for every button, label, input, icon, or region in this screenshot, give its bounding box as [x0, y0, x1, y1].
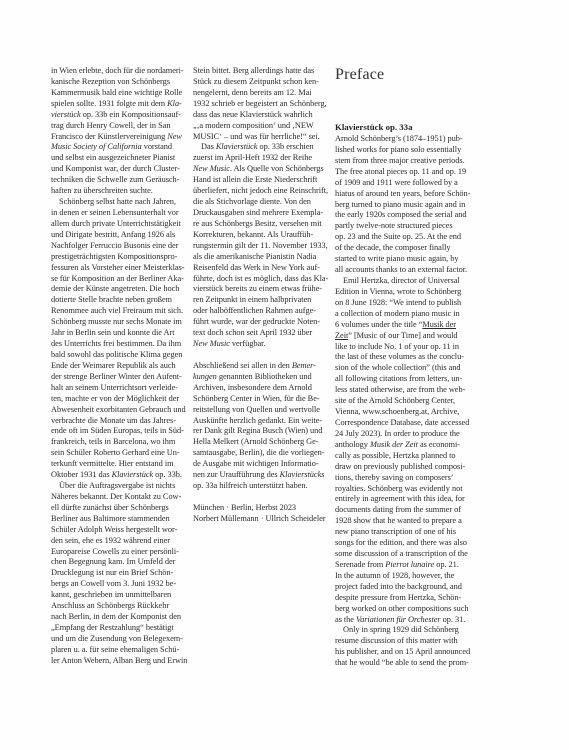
text-line: MUSIC‘ – und was für herrliche!“ sei. [193, 132, 333, 143]
text-line: techniken die Schwelle zum Geräusch- [51, 175, 191, 186]
text-line: ler Anton Webern, Alban Berg und Erwin [51, 656, 191, 667]
text-segment: Hand ist allein die Erste Niederschrift [193, 175, 317, 184]
text-segment: op. 21. [434, 560, 459, 569]
text-segment: Über die Auftragsvergabe ist nichts [59, 481, 175, 490]
german-text-column-1: in Wien erlebte, doch für die nordameri-… [51, 66, 191, 667]
text-line: de Ausgabe mit wichtigen Informatio- [193, 459, 333, 470]
text-line: Schüler Adolph Weiss hergestellt wor- [51, 525, 191, 536]
italic-text: vierstück [51, 110, 81, 119]
text-segment: new piano transcription of one of his [335, 527, 456, 536]
text-segment: Drucklegung ist nur ein Brief Schön- [51, 568, 173, 577]
text-segment: in denen er seinen Lebensunterhalt vor [51, 208, 179, 217]
text-line: und selbst ein ausgezeichneter Pianist [51, 153, 191, 164]
text-segment: Edition in Vienna, wrote to Schönberg [335, 287, 461, 296]
text-line: 24 July 2023). In order to produce the [335, 429, 475, 440]
text-segment: als die amerikanische Pianistin Nadia [193, 252, 316, 261]
text-segment: his publisher, and on 15 April announced [335, 647, 470, 656]
text-segment: despite pressure from Hertzka, Schön- [335, 593, 461, 602]
text-line: haften zu überschreiten suchte. [51, 186, 191, 197]
text-segment: zuerst im April-Heft 1932 der Reihe [193, 153, 312, 162]
text-segment: Francisco der Künstlervereinigung [51, 132, 167, 141]
text-segment: 1928 show that he wanted to prepare a [335, 516, 462, 525]
text-line: des Unterrichts frei bestimmen. Da ihm [51, 339, 191, 350]
text-segment: site of the Arnold Schönberg Center, [335, 396, 455, 405]
text-segment: re aus Schönbergs Besitz, versehen mit [193, 219, 322, 228]
text-segment: oder halböffentlichen Rahmen aufge- [193, 306, 316, 315]
text-line: op. 33a hilfreich unterstützt haben. [193, 481, 333, 492]
text-line: songs for the edition, and there was als… [335, 538, 475, 549]
text-segment: verbrachte die Monate um das Jahres- [51, 416, 176, 425]
text-line: Näheres bekannt. Der Kontakt zu Cow- [51, 492, 191, 503]
text-segment: project faded into the background, and [335, 582, 462, 591]
text-line: führt wurde, war der gedruckte Noten- [193, 317, 333, 328]
italic-text: Klavierstück [112, 470, 154, 479]
text-segment: den sein, ehe es 1932 während einer [51, 536, 170, 545]
text-line: oder halböffentlichen Rahmen aufge- [193, 306, 333, 317]
text-line: entirely in agreement with this idea, fo… [335, 494, 475, 505]
text-line: as the Variationen für Orchester op. 31. [335, 615, 475, 626]
text-segment: stem from three major creative periods. [335, 156, 465, 165]
text-line: überliefert, nicht jedoch eine Reinschri… [193, 186, 333, 197]
text-line: a collection of modern piano music in [335, 309, 475, 320]
text-line: führte, doch ist es möglich, dass das Kl… [193, 274, 333, 285]
text-line: den sein, ehe es 1932 während einer [51, 536, 191, 547]
text-line: und Dirigate bestritt, Anfang 1926 als [51, 230, 191, 241]
text-segment: überliefert, nicht jedoch eine Reinschri… [193, 186, 328, 195]
text-line: resume discussion of this matter with [335, 636, 475, 647]
text-segment: se für Komposition an der Berliner Aka- [51, 274, 184, 283]
text-segment: und um die Zusendung von Belegexem- [51, 634, 183, 643]
text-segment: „Empfang der Restzahlung“ bestätigt [51, 623, 174, 632]
text-line: Hand ist allein die Erste Niederschrift [193, 175, 333, 186]
text-segment: Das [201, 142, 216, 151]
section-heading: Klavierstück op. 33a [335, 122, 412, 133]
text-line: on 8 June 1928: “We intend to publish [335, 298, 475, 309]
text-line: New Music verfügbar. [193, 339, 333, 350]
text-line: chen Begegnung kam. Im Umfeld der [51, 557, 191, 568]
text-segment: der strenge Berliner Winter den Aufent- [51, 372, 182, 381]
text-line: Europareise Cowells zu einer persönli- [51, 547, 191, 558]
text-segment: as the [335, 615, 356, 624]
page-title: Preface [335, 66, 384, 84]
text-line: Schönberg selbst hatte nach Jahren, [51, 197, 191, 208]
text-line: Arnold Schönberg’s (1874–1951) pub- [335, 134, 475, 145]
text-segment: ell dürfte zunächst über Schönbergs [51, 503, 169, 512]
text-line: als die amerikanische Pianistin Nadia [193, 252, 333, 263]
text-segment: kanische Rezeption von Schönbergs [51, 77, 170, 86]
text-segment: of 1909 and 1911 were followed by a [335, 178, 458, 187]
text-line: lished works for piano solo essentially [335, 145, 475, 156]
text-segment: bergs an Cowell vom 3. Juni 1932 be- [51, 579, 176, 588]
text-segment: Vienna, www.schoenberg.at, Archive, [335, 407, 459, 416]
text-segment: lished works for piano solo essentially [335, 145, 461, 154]
text-segment: ren Zeitpunkt in einem halbprivaten [193, 295, 311, 304]
text-segment: verfügbar. [230, 339, 266, 348]
italic-text: Klavierstück [216, 142, 258, 151]
text-segment: Stück zu diesem Zeitpunkt schon ken- [193, 77, 319, 86]
text-segment: Abschließend sei allen in den [193, 361, 292, 370]
text-segment: that he would “be able to send the prom- [335, 658, 469, 667]
text-segment: partly twelve-note structured pieces [335, 221, 453, 230]
text-segment: spielen sollte. 1931 folgte mit dem [51, 99, 167, 108]
text-segment: Only in spring 1929 did Schönberg [343, 625, 459, 634]
text-line: München · Berlin, Herbst 2023 [193, 503, 333, 514]
text-segment: kannt, geschrieben im unmittelbaren [51, 590, 171, 599]
text-line: „‚a modern composition‘ und ‚NEW [193, 121, 333, 132]
text-line: less stated otherwise, are from the web- [335, 385, 475, 396]
text-line: Über die Auftragsvergabe ist nichts [51, 481, 191, 492]
text-line: hiatus of around ten years, before Schön… [335, 189, 475, 200]
text-segment: 6 volumes under the title “ [335, 320, 422, 329]
text-segment: sion of the whole collection” (this and [335, 363, 461, 372]
text-line: in denen er seinen Lebensunterhalt vor [51, 208, 191, 219]
text-line: text doch schon seit April 1932 über [193, 328, 333, 339]
text-line: Correspondence Database, date accessed [335, 418, 475, 429]
text-segment: in Wien erlebte, doch für die nordameri- [51, 66, 184, 75]
text-line: Abwesenheit exorbitanten Gebrauch und [51, 405, 191, 416]
text-line: the last of these volumes as the conclu- [335, 352, 475, 363]
text-segment: hiatus of around ten years, before Schön… [335, 189, 470, 198]
text-segment: Europareise Cowells zu einer persönli- [51, 547, 179, 556]
text-segment: allem durch private Unterrichtstätigkeit [51, 219, 181, 228]
italic-text: Klavierstücks [280, 470, 325, 479]
text-segment: In the autumn of 1928, however, the [335, 571, 454, 580]
text-line: of 1909 and 1911 were followed by a [335, 178, 475, 189]
text-line: nach Berlin, in dem der Komponist den [51, 612, 191, 623]
text-segment: Näheres bekannt. Der Kontakt zu Cow- [51, 492, 181, 501]
text-line: und Komponist war, der durch Cluster- [51, 164, 191, 175]
text-line: die als Stichvorlage diente. Von den [193, 197, 333, 208]
text-segment: MUSIC‘ – und was für herrliche!“ sei. [193, 132, 320, 141]
text-segment: op. 33b ein Kompositionsauf- [81, 110, 181, 119]
text-line: started to write piano music again, by [335, 254, 475, 265]
text-segment: bald sowohl das politische Klima gegen [51, 350, 182, 359]
text-line: all following citations from letters, un… [335, 374, 475, 385]
text-line: like to include No. 1 of your op. 11 in [335, 342, 475, 353]
italic-text: Bemer- [292, 361, 316, 370]
text-segment: Schönberg Center in Wien, für die Be- [193, 394, 320, 403]
text-line: site of the Arnold Schönberg Center, [335, 396, 475, 407]
text-segment: Norbert Müllemann · Ullrich Scheideler [193, 514, 326, 523]
text-line: vierstück bereits zu einem etwas frühe- [193, 284, 333, 295]
text-segment: trag durch Henry Cowell, der in San [51, 121, 170, 130]
italic-text: kungen [193, 372, 217, 381]
text-segment: sein Schüler Roberto Gerhard eine Un- [51, 448, 180, 457]
text-line: re aus Schönbergs Besitz, versehen mit [193, 219, 333, 230]
text-line: sion of the whole collection” (this and [335, 363, 475, 374]
text-line: kanische Rezeption von Schönbergs [51, 77, 191, 88]
text-segment: vierstück bereits zu einem etwas frühe- [193, 284, 322, 293]
text-line: Serenade from Pierrot lunaire op. 21. [335, 560, 475, 571]
text-line: Korrekturen, bekannt. Als Urauffüh- [193, 230, 333, 241]
italic-text: New Music [193, 339, 230, 348]
text-line: plaren u. a. für seine ehemaligen Schü- [51, 645, 191, 656]
text-line: 1932 schrieb er begeistert an Schönberg, [193, 99, 333, 110]
text-segment: Archiven, insbesondere dem Arnold [193, 383, 312, 392]
text-line: In the autumn of 1928, however, the [335, 571, 475, 582]
text-segment: Schüler Adolph Weiss hergestellt wor- [51, 525, 177, 534]
text-segment: documents dating from the summer of [335, 505, 461, 514]
text-segment: Reisenfeld das Werk in New York auf- [193, 263, 320, 272]
paragraph-gap [193, 350, 333, 361]
text-line: Oktober 1931 das Klavierstück op. 33b. [51, 470, 191, 481]
text-line: trag durch Henry Cowell, der in San [51, 121, 191, 132]
text-segment: demie der Künste angetreten. Die hoch [51, 284, 179, 293]
text-line: spielen sollte. 1931 folgte mit dem Kla- [51, 99, 191, 110]
text-segment: Abwesenheit exorbitanten Gebrauch und [51, 405, 186, 414]
english-preface-column: Arnold Schönberg’s (1874–1951) pub-lishe… [335, 134, 475, 669]
text-line: Berliner aus Baltimore stammenden [51, 514, 191, 525]
text-line: nen zur Uraufführung des Klavierstücks [193, 470, 333, 481]
text-line: Nachfolger Ferruccio Busonis eine der [51, 241, 191, 252]
text-segment: führte, doch ist es möglich, dass das Kl… [193, 274, 328, 283]
text-segment: the early 1920s composed the serial and [335, 210, 467, 219]
text-segment: und Dirigate bestritt, Anfang 1926 als [51, 230, 175, 239]
text-segment: Renommee auch viel Freiraum mit sich. [51, 306, 183, 315]
text-segment: plaren u. a. für seine ehemaligen Schü- [51, 645, 179, 654]
text-segment: ende oft im Süden Europas, teils in Süd- [51, 426, 184, 435]
italic-text: Variationen für Orchester [356, 615, 441, 624]
text-segment: anthology [335, 440, 370, 449]
text-segment: samtausgabe, Berlin), die die vorliegen- [193, 448, 324, 457]
text-line: Music Society of California vorstand [51, 142, 191, 153]
text-line: rer Dank gilt Regina Busch (Wien) und [193, 426, 333, 437]
text-segment: tions, thereby saving on composers’ [335, 473, 454, 482]
text-line: zuerst im April-Heft 1932 der Reihe [193, 153, 333, 164]
text-segment: 1932 schrieb er begeistert an Schönberg, [193, 99, 327, 108]
text-line: Only in spring 1929 did Schönberg [335, 625, 475, 636]
text-line: Emil Hertzka, director of Universal [335, 276, 475, 287]
text-segment: some discussion of a transcription of th… [335, 549, 468, 558]
text-segment: die als Stichvorlage diente. Von den [193, 197, 311, 206]
text-line: of the decade, the composer finally [335, 243, 475, 254]
text-line: Kammermusik bald eine wichtige Rolle [51, 88, 191, 99]
italic-text: Musik der Zeit [370, 440, 418, 449]
text-line: dotierte Stelle brachte neben großem [51, 295, 191, 306]
text-segment: fessuren als Vorsteher einer Meisterklas… [51, 263, 184, 272]
text-segment: Ende der Weimarer Republik als auch [51, 361, 176, 370]
text-line: ell dürfte zunächst über Schönbergs [51, 503, 191, 514]
text-segment: prestigeträchtigsten Kompositionspro- [51, 252, 177, 261]
text-segment: „‚a modern composition‘ und ‚NEW [193, 121, 314, 130]
text-line: demie der Künste angetreten. Die hoch [51, 284, 191, 295]
text-segment: like to include No. 1 of your op. 11 in [335, 342, 459, 351]
text-segment: dass das neue Klavierstück wahrlich [193, 110, 313, 119]
italic-text: New Music [193, 164, 230, 173]
text-line: that he would “be able to send the prom- [335, 658, 475, 669]
text-segment: de Ausgabe mit wichtigen Informatio- [193, 459, 319, 468]
text-segment: Korrekturen, bekannt. Als Urauffüh- [193, 230, 313, 239]
text-segment: genannten Bibliotheken und [217, 372, 312, 381]
text-segment: resume discussion of this matter with [335, 636, 458, 645]
text-line: Edition in Vienna, wrote to Schönberg [335, 287, 475, 298]
text-line: allem durch private Unterrichtstätigkeit [51, 219, 191, 230]
text-line: tions, thereby saving on composers’ [335, 473, 475, 484]
text-segment: cally as possible, Hertzka planned to [335, 451, 456, 460]
text-segment: a collection of modern piano music in [335, 309, 460, 318]
text-line: terkunft vermittelte. Hier entstand im [51, 459, 191, 470]
text-segment: ” [Music of our Time] and would [348, 331, 457, 340]
text-segment: less stated otherwise, are from the web- [335, 385, 465, 394]
text-segment: berg worked on other compositions such [335, 604, 469, 613]
italic-text: Music Society of California [51, 142, 142, 151]
text-line: sein Schüler Roberto Gerhard eine Un- [51, 448, 191, 459]
underlined-title-text: Zeit [335, 331, 348, 340]
text-line: some discussion of a transcription of th… [335, 549, 475, 560]
text-segment: Jahr in Berlin sein und konnte die Art [51, 328, 174, 337]
text-segment: all accounts thanks to an external facto… [335, 265, 467, 274]
text-segment: songs for the edition, and there was als… [335, 538, 467, 547]
text-segment: op. 33b. [153, 470, 182, 479]
text-line: rungstermin gilt der 11. November 1933, [193, 241, 333, 252]
text-segment: reitstellung von Quellen und wertvolle [193, 405, 320, 414]
text-line: anthology Musik der Zeit as economi- [335, 440, 475, 451]
text-segment: op. 31. [441, 615, 466, 624]
text-line: se für Komposition an der Berliner Aka- [51, 274, 191, 285]
italic-text: Kla- [167, 99, 182, 108]
text-line: despite pressure from Hertzka, Schön- [335, 593, 475, 604]
text-segment: Nachfolger Ferruccio Busonis eine der [51, 241, 178, 250]
text-line: vierstück op. 33b ein Kompositionsauf- [51, 110, 191, 121]
text-segment: terkunft vermittelte. Hier entstand im [51, 459, 174, 468]
german-text-column-2: Stein bittet. Berg allerdings hatte dasS… [193, 66, 333, 525]
text-segment: und Komponist war, der durch Cluster- [51, 164, 180, 173]
text-line: Auskünfte herzlich gedankt. Ein weite- [193, 416, 333, 427]
text-segment: Anschluss an Schönbergs Rückkehr [51, 601, 169, 610]
text-line: und um die Zusendung von Belegexem- [51, 634, 191, 645]
text-segment: chen Begegnung kam. Im Umfeld der [51, 557, 175, 566]
text-line: Ende der Weimarer Republik als auch [51, 361, 191, 372]
text-segment: op. 23 and the Suite op. 25. At the end [335, 232, 461, 241]
text-segment: rungstermin gilt der 11. November 1933, [193, 241, 328, 250]
text-segment: frankreich, teils in Barcelona, wo ihm [51, 437, 175, 446]
text-line: Schönberg musste nur sechs Monate im [51, 317, 191, 328]
text-segment: Berliner aus Baltimore stammenden [51, 514, 170, 523]
text-line: New Music. Als Quelle von Schönbergs [193, 164, 333, 175]
text-line: Druckausgaben sind mehrere Exempla- [193, 208, 333, 219]
text-line: Francisco der Künstlervereinigung New [51, 132, 191, 143]
text-segment: Correspondence Database, date accessed [335, 418, 469, 427]
text-line: berg turned to piano music again and in [335, 200, 475, 211]
text-line: stem from three major creative periods. [335, 156, 475, 167]
text-line: kannt, geschrieben im unmittelbaren [51, 590, 191, 601]
text-segment: royalties. Schönberg was evidently not [335, 484, 462, 493]
text-line: der strenge Berliner Winter den Aufent- [51, 372, 191, 383]
text-segment: Schönberg musste nur sechs Monate im [51, 317, 182, 326]
text-line: draw on previously published composi- [335, 462, 475, 473]
text-line: the early 1920s composed the serial and [335, 210, 475, 221]
text-segment: Druckausgaben sind mehrere Exempla- [193, 208, 323, 217]
text-segment: techniken die Schwelle zum Geräusch- [51, 175, 179, 184]
text-line: Jahr in Berlin sein und konnte die Art [51, 328, 191, 339]
text-segment: op. 33a hilfreich unterstützt haben. [193, 481, 308, 490]
text-line: Anschluss an Schönbergs Rückkehr [51, 601, 191, 612]
text-line: Stein bittet. Berg allerdings hatte das [193, 66, 333, 77]
text-line: „Empfang der Restzahlung“ bestätigt [51, 623, 191, 634]
text-line: The free atonal pieces op. 11 and op. 19 [335, 167, 475, 178]
text-segment: The free atonal pieces op. 11 and op. 19 [335, 167, 466, 176]
text-line: Renommee auch viel Freiraum mit sich. [51, 306, 191, 317]
text-line: samtausgabe, Berlin), die die vorliegen- [193, 448, 333, 459]
text-segment: text doch schon seit April 1932 über [193, 328, 312, 337]
text-line: dass das neue Klavierstück wahrlich [193, 110, 333, 121]
text-line: berg worked on other compositions such [335, 604, 475, 615]
text-line: project faded into the background, and [335, 582, 475, 593]
text-line: in Wien erlebte, doch für die nordameri- [51, 66, 191, 77]
text-segment: rer Dank gilt Regina Busch (Wien) und [193, 426, 322, 435]
text-segment: nach Berlin, in dem der Komponist den [51, 612, 181, 621]
italic-text: New [167, 132, 182, 141]
text-segment: des Unterrichts frei bestimmen. Da ihm [51, 339, 181, 348]
text-segment: Emil Hertzka, director of Universal [343, 276, 460, 285]
text-line: prestigeträchtigsten Kompositionspro- [51, 252, 191, 263]
text-segment: Oktober 1931 das [51, 470, 112, 479]
text-line: Stück zu diesem Zeitpunkt schon ken- [193, 77, 333, 88]
underlined-title-text: Musik der [422, 320, 456, 329]
text-line: his publisher, and on 15 April announced [335, 647, 475, 658]
text-line: ren Zeitpunkt in einem halbprivaten [193, 295, 333, 306]
text-segment: München · Berlin, Herbst 2023 [193, 503, 296, 512]
text-line: reitstellung von Quellen und wertvolle [193, 405, 333, 416]
text-line: Zeit” [Music of our Time] and would [335, 331, 475, 342]
text-segment: Schönberg selbst hatte nach Jahren, [59, 197, 176, 206]
text-line: frankreich, teils in Barcelona, wo ihm [51, 437, 191, 448]
text-line: Abschließend sei allen in den Bemer- [193, 361, 333, 372]
text-line: partly twelve-note structured pieces [335, 221, 475, 232]
text-segment: Auskünfte herzlich gedankt. Ein weite- [193, 416, 322, 425]
text-segment: halt an seinem Unterrichtsort verleide- [51, 383, 178, 392]
text-line: cally as possible, Hertzka planned to [335, 451, 475, 462]
text-line: ende oft im Süden Europas, teils in Süd- [51, 426, 191, 437]
text-segment: 24 July 2023). In order to produce the [335, 429, 460, 438]
text-line: all accounts thanks to an external facto… [335, 265, 475, 276]
text-segment: Serenade from [335, 560, 385, 569]
text-line: 6 volumes under the title “Musik der [335, 320, 475, 331]
text-line: 1928 show that he wanted to prepare a [335, 516, 475, 527]
text-line: new piano transcription of one of his [335, 527, 475, 538]
text-line: Drucklegung ist nur ein Brief Schön- [51, 568, 191, 579]
text-segment: dotierte Stelle brachte neben großem [51, 295, 172, 304]
text-segment: of the decade, the composer finally [335, 243, 450, 252]
text-segment: the last of these volumes as the conclu- [335, 352, 464, 361]
text-segment: ten, machte er von der Möglichkeit der [51, 394, 179, 403]
text-segment: Hella Melkert (Arnold Schönberg Ge- [193, 437, 319, 446]
text-segment: ler Anton Webern, Alban Berg und Erwin [51, 656, 187, 665]
text-line: Schönberg Center in Wien, für die Be- [193, 394, 333, 405]
text-segment: Stein bittet. Berg allerdings hatte das [193, 66, 314, 75]
text-segment: entirely in agreement with this idea, fo… [335, 494, 465, 503]
text-segment: on 8 June 1928: “We intend to publish [335, 298, 461, 307]
text-segment: führt wurde, war der gedruckte Noten- [193, 317, 320, 326]
text-line: bergs an Cowell vom 3. Juni 1932 be- [51, 579, 191, 590]
text-segment: Kammermusik bald eine wichtige Rolle [51, 88, 182, 97]
text-line: fessuren als Vorsteher einer Meisterklas… [51, 263, 191, 274]
text-line: nengelernt, denn bereits am 12. Mai [193, 88, 333, 99]
italic-text: Pierrot lunaire [385, 560, 434, 569]
text-segment: vorstand [142, 142, 172, 151]
paragraph-gap [193, 492, 333, 503]
text-segment: nen zur Uraufführung des [193, 470, 280, 479]
text-segment: Arnold Schönberg’s (1874–1951) pub- [335, 134, 463, 143]
text-segment: started to write piano music again, by [335, 254, 458, 263]
text-line: Reisenfeld das Werk in New York auf- [193, 263, 333, 274]
text-segment: as economi- [418, 440, 460, 449]
text-line: halt an seinem Unterrichtsort verleide- [51, 383, 191, 394]
text-line: kungen genannten Bibliotheken und [193, 372, 333, 383]
text-segment: und selbst ein ausgezeichneter Pianist [51, 153, 175, 162]
text-line: Norbert Müllemann · Ullrich Scheideler [193, 514, 333, 525]
text-segment: haften zu überschreiten suchte. [51, 186, 153, 195]
